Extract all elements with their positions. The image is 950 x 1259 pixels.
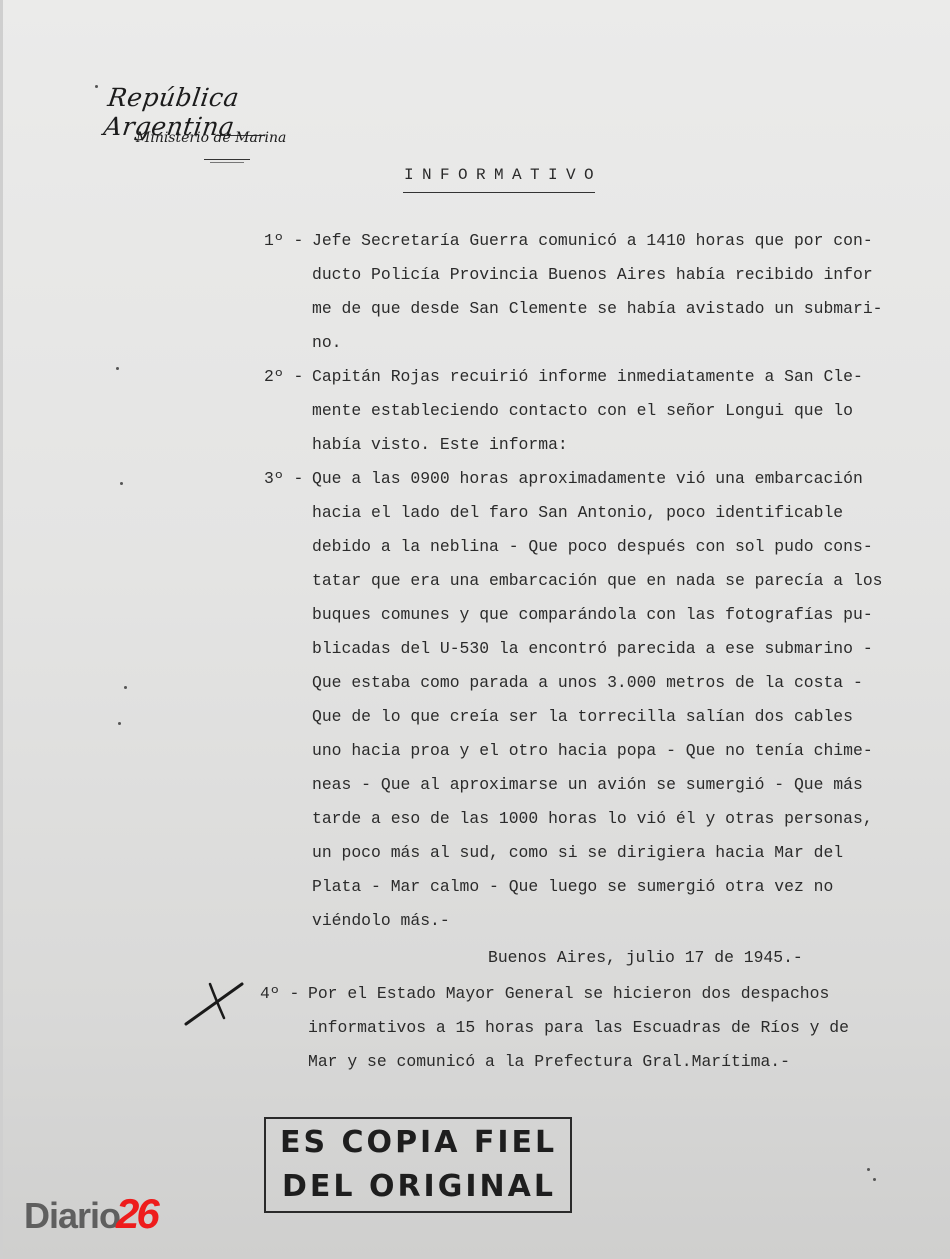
- paragraph-3: 3º - Que a las 0900 horas aproximadament…: [312, 462, 883, 938]
- text-line: tarde a eso de las 1000 horas lo vió él …: [312, 802, 883, 836]
- text-line: neas - Que al aproximarse un avión se su…: [312, 768, 883, 802]
- paragraph-4: 4º - Por el Estado Mayor General se hici…: [308, 977, 849, 1079]
- text-line: Que a las 0900 horas aproximadamente vió…: [312, 462, 883, 496]
- text-line: hacia el lado del faro San Antonio, poco…: [312, 496, 883, 530]
- text-line: Jefe Secretaría Guerra comunicó a 1410 h…: [312, 224, 883, 258]
- document-title: INFORMATIVO: [404, 166, 602, 184]
- certified-copy-stamp: ES COPIA FIEL DEL ORIGINAL: [264, 1117, 572, 1213]
- text-line: viéndolo más.-: [312, 904, 883, 938]
- text-line: Mar y se comunicó a la Prefectura Gral.M…: [308, 1045, 849, 1079]
- title-underline: [403, 192, 595, 193]
- stamp-line-2: DEL ORIGINAL: [282, 1169, 556, 1204]
- handwritten-x-mark: [184, 978, 244, 1028]
- text-line: Capitán Rojas recuirió informe inmediata…: [312, 360, 863, 394]
- text-line: buques comunes y que comparándola con la…: [312, 598, 883, 632]
- text-line: ducto Policía Provincia Buenos Aires hab…: [312, 258, 883, 292]
- text-line: blicadas del U-530 la encontró parecida …: [312, 632, 883, 666]
- text-line: Por el Estado Mayor General se hicieron …: [308, 977, 849, 1011]
- paper-speck: [118, 722, 121, 725]
- paper-speck: [124, 686, 127, 689]
- letterhead-ministry: Ministerio de Marina: [136, 130, 286, 146]
- text-line: informativos a 15 horas para las Escuadr…: [308, 1011, 849, 1045]
- page-edge: [0, 0, 3, 1259]
- paragraph-1: 1º - Jefe Secretaría Guerra comunicó a 1…: [312, 224, 883, 360]
- paragraph-2: 2º - Capitán Rojas recuirió informe inme…: [312, 360, 863, 462]
- text-line: mente estableciendo contacto con el seño…: [312, 394, 863, 428]
- paragraph-number: 1º -: [264, 224, 303, 258]
- diario26-watermark-logo: Diario26: [24, 1190, 157, 1238]
- text-line: debido a la neblina - Que poco después c…: [312, 530, 883, 564]
- brand-name: Diario: [24, 1195, 120, 1236]
- brand-number: 26: [116, 1190, 157, 1237]
- paragraph-number: 3º -: [264, 462, 303, 496]
- paper-speck: [95, 85, 98, 88]
- paper-speck: [867, 1168, 870, 1171]
- text-line: tatar que era una embarcación que en nad…: [312, 564, 883, 598]
- letterhead-rule: [210, 162, 244, 163]
- text-line: Plata - Mar calmo - Que luego se sumergi…: [312, 870, 883, 904]
- stamp-line-1: ES COPIA FIEL: [280, 1125, 557, 1160]
- text-line: había visto. Este informa:: [312, 428, 863, 462]
- paper-speck: [116, 367, 119, 370]
- text-line: uno hacia proa y el otro hacia popa - Qu…: [312, 734, 883, 768]
- text-line: me de que desde San Clemente se había av…: [312, 292, 883, 326]
- text-line: Que estaba como parada a unos 3.000 metr…: [312, 666, 883, 700]
- dateline: Buenos Aires, julio 17 de 1945.-: [488, 948, 803, 967]
- text-line: un poco más al sud, como si se dirigiera…: [312, 836, 883, 870]
- paper-speck: [873, 1178, 876, 1181]
- letterhead: República Argentina Ministerio de Marina: [106, 83, 366, 141]
- letterhead-rule: [204, 159, 250, 160]
- paragraph-number: 4º -: [260, 977, 299, 1011]
- paper-speck: [120, 482, 123, 485]
- paragraph-number: 2º -: [264, 360, 303, 394]
- text-line: Que de lo que creía ser la torrecilla sa…: [312, 700, 883, 734]
- text-line: no.: [312, 326, 883, 360]
